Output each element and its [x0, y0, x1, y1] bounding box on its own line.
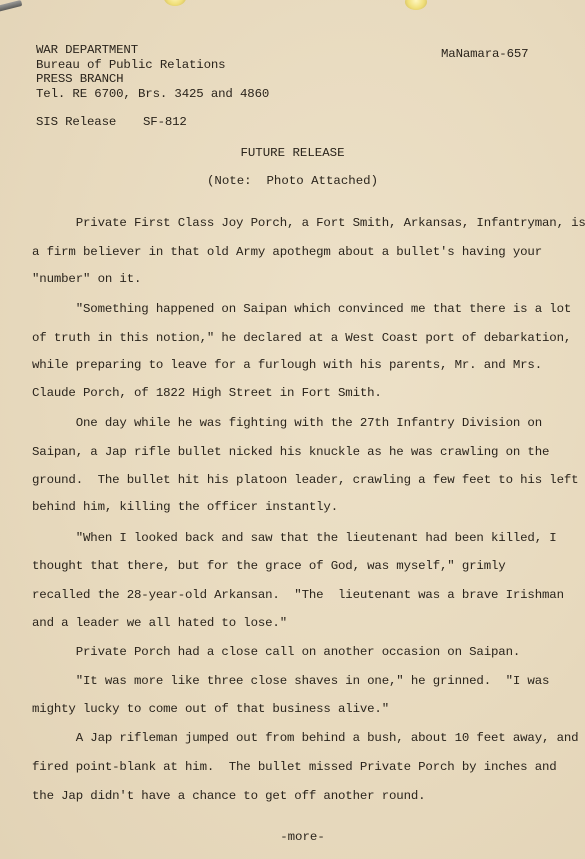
body-line: and a leader we all hated to lose."	[32, 616, 287, 630]
org-line-telephone: Tel. RE 6700, Brs. 3425 and 4860	[36, 87, 269, 101]
body-line: "When I looked back and saw that the lie…	[32, 531, 557, 545]
body-line: "number" on it.	[32, 272, 141, 286]
body-line: thought that there, but for the grace of…	[32, 559, 506, 573]
body-line: the Jap didn't have a chance to get off …	[32, 789, 425, 803]
body-line: mighty lucky to come out of that busines…	[32, 702, 389, 716]
punch-hole-icon	[405, 0, 427, 10]
org-line-branch: PRESS BRANCH	[36, 72, 123, 86]
body-line: Saipan, a Jap rifle bullet nicked his kn…	[32, 445, 549, 459]
body-line: recalled the 28-year-old Arkansan. "The …	[32, 588, 564, 602]
body-line: fired point-blank at him. The bullet mis…	[32, 760, 557, 774]
paper-clip-icon	[0, 0, 22, 12]
document-page: WAR DEPARTMENT Bureau of Public Relation…	[0, 0, 585, 859]
org-line-bureau: Bureau of Public Relations	[36, 58, 225, 72]
document-title: FUTURE RELEASE	[0, 146, 585, 160]
body-line: "It was more like three close shaves in …	[32, 674, 549, 688]
body-line: Private First Class Joy Porch, a Fort Sm…	[32, 216, 585, 230]
body-line: of truth in this notion," he declared at…	[32, 331, 571, 345]
release-code: SF-812	[143, 115, 187, 129]
org-line-department: WAR DEPARTMENT	[36, 43, 138, 57]
continuation-marker: -more-	[10, 830, 585, 844]
release-label: SIS Release	[36, 115, 116, 129]
body-line: a firm believer in that old Army apotheg…	[32, 245, 542, 259]
punch-hole-icon	[164, 0, 186, 6]
body-line: "Something happened on Saipan which conv…	[32, 302, 571, 316]
body-line: while preparing to leave for a furlough …	[32, 358, 542, 372]
file-reference: MaNamara-657	[441, 47, 528, 61]
body-line: One day while he was fighting with the 2…	[32, 416, 542, 430]
photo-note: (Note: Photo Attached)	[0, 174, 585, 188]
body-line: Claude Porch, of 1822 High Street in For…	[32, 386, 382, 400]
body-line: A Jap rifleman jumped out from behind a …	[32, 731, 578, 745]
body-line: Private Porch had a close call on anothe…	[32, 645, 520, 659]
body-line: behind him, killing the officer instantl…	[32, 500, 338, 514]
body-line: ground. The bullet hit his platoon leade…	[32, 473, 578, 487]
